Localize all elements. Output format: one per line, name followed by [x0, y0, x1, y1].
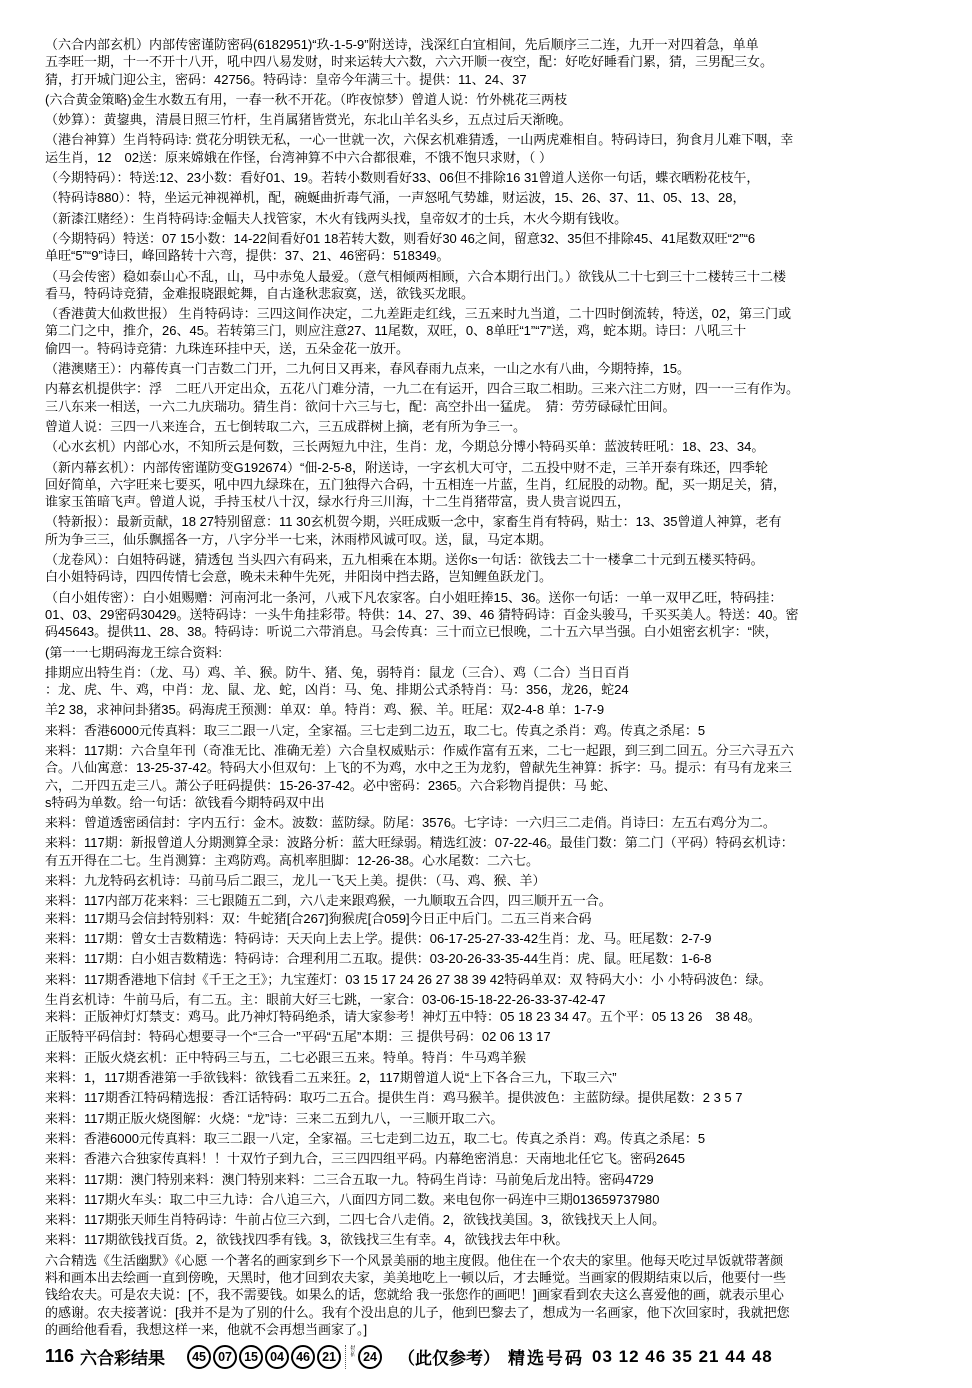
text-line: （新漆江赌经）：生肖特码诗:金幅夫人找管家，木火有钱两头找，皇帝奴才的士兵，木火… [45, 210, 934, 227]
result-row: 116 六合彩结果 450715044621 特码 24 （此仅参考） 精选号码… [45, 1344, 934, 1369]
text-line: 来料：香港6000元传真料：取三二跟一八定，全家福。三七走到二边五，取二七。传真… [45, 1130, 934, 1147]
text-line: 曾道人说：三四一八来连合，五七倒转取二六，三五成群树上摘，老有所为争三一。 [45, 418, 934, 435]
text-line: （妙算）：黄鋆典，清晨日照三竹杆，生肖属猪皆赏光，东北山羊名头乡，五点过后天渐晚… [45, 111, 934, 128]
text-line: 钱给农夫。可是农夫说：[不，我不需要钱。如果么的话，您就给 我一张您作的画吧！]… [45, 1286, 934, 1303]
text-line: 合。八仙寓意：13-25-37-42。特码大小但双句：上飞的不为鸡，水中之王为龙… [45, 759, 934, 776]
text-line: 料和画本出去绘画一直到傍晚，天黑时，他才回到农夫家，美美地吃上一顿以后，才去睡觉… [45, 1269, 934, 1286]
text-line: （龙卷风）：白姐特码谜，猜透包 当头四六有码来，五九相乘在本期。送你s一句话：欲… [45, 551, 934, 568]
text-line: 白小姐特码诗，四四传情七会意，晚未未种牛先死，井阳岗中挡去路，岂知鲤鱼跃龙门。 [45, 568, 934, 585]
text-line: 的画给他看看，我想这样一来，他就不会再想当画家了。] [45, 1321, 934, 1338]
result-ball: 15 [239, 1345, 263, 1369]
text-line: 码45643。提供11、28、38。特码诗：听说二六带消息。马会传真：三十而立已… [45, 623, 934, 640]
text-line: 01、03、29密码30429。送特码诗：一头牛角挂彩带。特供：14、27、39… [45, 606, 934, 623]
text-line: 来料：1，117期香港第一手欲钱料：欲钱看二五来狂。2，117期曾道人说“上下各… [45, 1069, 934, 1086]
text-line: 来料：117期正版火烧图解：火烧：“龙”诗：三来二五到九八，一三顺开取二六。 [45, 1110, 934, 1127]
text-line: 回好简单，六字旺来七要买，吼中四九绿珠在，五门独得六合码，十五相连一片蓝，生肖，… [45, 476, 934, 493]
special-number-ball: 24 [358, 1345, 382, 1369]
text-line: 来料：117期：白小姐吉数精选：特码诗：合理利用二五取。提供：03-20-26-… [45, 950, 934, 967]
text-line: 来料：香港六合独家传真料！！十双竹子到九合，三三四四组平码。内幕绝密消息：天南地… [45, 1150, 934, 1167]
text-line: （马会传密）稳如泰山心不乱，山，马中赤兔人最爱。（意气相倾两相顾，六合本期行出门… [45, 268, 934, 285]
document-lines: （六合内部玄机）内部传密谨防密码(6182951)“玖-1-5-9”附送诗，浅深… [45, 36, 934, 1338]
page: （六合内部玄机）内部传密谨防密码(6182951)“玖-1-5-9”附送诗，浅深… [0, 0, 972, 1369]
text-line: 来料：正版火烧玄机：正中特码三与五，二七必跟三五来。特单。特肖：牛马鸡羊猴 [45, 1049, 934, 1066]
result-ball: 46 [291, 1345, 315, 1369]
text-line: 来料：117期张天师生肖特码诗：牛前占位三六到，二四七合八走俏。2，欲钱找美国。… [45, 1211, 934, 1228]
text-line: （港澳赌王）：内幕传真一门吉数二门开，二九何日又再来，春风春雨九点来，一山之水有… [45, 360, 934, 377]
text-line: 来料：117期香港地下信封《千王之王》；九宝莲灯：03 15 17 24 26 … [45, 971, 934, 988]
text-line: 来料：117内部万花来料：三七跟随五二到，六八走来跟鸡猴，一九顺取五合四，四三顺… [45, 892, 934, 909]
text-line: 的感谢。农夫接著说：[我并不是为了别的什么。我有个没出息的儿子，他到巴黎去了，想… [45, 1304, 934, 1321]
text-line: 来料：正版神灯灯禁支：鸡马。此乃神灯特码绝杀，请大家参考！神灯五中特：05 18… [45, 1008, 934, 1025]
result-ball: 45 [187, 1345, 211, 1369]
text-line: （港台神算）生肖特码诗: 赏花分明铁无私，一心一世就一次，六保玄机难猜透，一山两… [45, 131, 934, 148]
text-line: (第一一七期码海龙王综合资料: [45, 644, 934, 661]
text-line: （特码诗880）：特，坐运元神视禅机，配，碗蜒曲折毒气涌，一声怒吼气势雄，财运波… [45, 189, 934, 206]
result-ball: 04 [265, 1345, 289, 1369]
text-line: （心水玄机）内部心水，不知所云是何数，三长两短九中注，生肖：龙，今期总分博小特码… [45, 438, 934, 455]
text-line: （香港黄大仙救世报） 生肖特码诗：三四这间作决定，二九差距走红线，三五来时九当道… [45, 305, 934, 322]
result-period: 116 [45, 1346, 74, 1367]
text-line: 猜，打开城门迎公主，密码：42756。特码诗：皇帝今年满三十。提供：11、24、… [45, 71, 934, 88]
text-line: 所为争三三，仙乐飘摇各一方，八字分半一七来，沐雨栉风诚可叹。送，鼠，马定本期。 [45, 531, 934, 548]
text-line: (六合黄金策略)金生水数五有用，一春一秋不开花。（昨夜惊梦）曾道人说：竹外桃花三… [45, 91, 934, 108]
text-line: 来料：117期：新报曾道人分期测算全录：波路分析：蓝大旺绿弱。精选红波：07-2… [45, 834, 934, 851]
result-ball: 07 [213, 1345, 237, 1369]
text-line: （特新报）：最新贡献，18 27特别留意：11 30玄机贺今期，兴旺成贩一念中，… [45, 513, 934, 530]
text-line: （今期特码）特送：07 15小数：14-22间看好01 18若转大数，则看好30… [45, 230, 934, 247]
text-line: 内幕玄机提供字：浮 二旺八开定出众，五花八门难分清，一九二在有运开，四合三取二相… [45, 380, 934, 397]
text-line: （六合内部玄机）内部传密谨防密码(6182951)“玖-1-5-9”附送诗，浅深… [45, 36, 934, 53]
text-line: 第二门之中，推介，26、45。若转第三门，则应注意27、11尾数，双旺，0、8单… [45, 322, 934, 339]
text-line: 六，二开四五走三八。萧公子旺码提供：15-26-37-42。必中密码：2365。… [45, 777, 934, 794]
text-line: （白小姐传密）：白小姐赐赠：河南河北一条河，八戒下凡农家客。白小姐旺捧15、36… [45, 589, 934, 606]
text-line: 来料：117期香江特码精选报：香江话特码：取巧二五合。提供生肖：鸡马猴羊。提供波… [45, 1089, 934, 1106]
text-line: 单旺“5”“9”诗曰，峰回路转十六弯，提供：37、21、46密码：518349。 [45, 247, 934, 264]
text-line: 三八东来一相送，一六二九庆瑞功。猜生肖：欲问十六三与七，配：高空扑出一猛虎。 猜… [45, 398, 934, 415]
text-line: 来料：117期欲钱找百货。2，欲钱找四季有钱。3，欲钱找三生有幸。4，欲钱找去年… [45, 1231, 934, 1248]
text-line: s特码为单数。给一句话：欲钱看今期特码双中出 [45, 794, 934, 811]
text-line: 来料：117期：曾女士吉数精选：特码诗：天天向上去上学。提供：06-17-25-… [45, 930, 934, 947]
text-line: 谁家玉笛暗飞声。曾道人说，手持玉杖八十汉，绿水行舟三川海，十二生肖猪带富，贵人贵… [45, 493, 934, 510]
text-line: 运生肖，12 02送：原来嫦娥在作怪，台湾神算不中六合都很难，不饿不饱只求财，（… [45, 149, 934, 166]
text-line: 来料：曾道透密函信封：字内五行：金木。波数：蓝防绿。防尾：3576。七字诗：一六… [45, 814, 934, 831]
text-line: 五李旺一期，十一不开十八开，吼中四八易发财，时来运转大六数，六六开顺一夜空，配：… [45, 53, 934, 70]
text-line: ：龙、虎、牛、鸡，中肖：龙、鼠、龙、蛇，凶肖：马、兔、排期公式杀特肖：马：356… [45, 681, 934, 698]
text-line: 正版特平码信封：特码心想要寻一个“三合一”平码“五尾”本期：三 提供号码：02 … [45, 1028, 934, 1045]
text-line: 来料：117期火车头：取二中三九诗：合八追三六，八面四方同二数。来电包你一码连中… [45, 1191, 934, 1208]
text-line: 六合精选《生活幽默》《心愿 一个著名的画家到乡下一个风景美丽的地主度假。他住在一… [45, 1252, 934, 1269]
text-line: 生肖玄机诗：牛前马后，有二五。主：眼前大好三七跳，一家合：03-06-15-18… [45, 991, 934, 1008]
text-line: （今期特码）：特送:12、23小数：看好01、19。若转小数则看好33、06但不… [45, 169, 934, 186]
result-ball: 21 [317, 1345, 341, 1369]
text-line: 来料：117期马会信封特别料：双：牛蛇猪[合267]狗猴虎[合059]今日正中后… [45, 910, 934, 927]
text-line: （新内幕玄机）：内部传密谨防变G192674）“佃-2-5-8，附送诗，一字玄机… [45, 459, 934, 476]
result-label: 六合彩结果 [80, 1344, 165, 1369]
text-line: 来料：117期：澳门特别来料：澳门特别来料：二三合五取一九。特码生肖诗：马前兔后… [45, 1171, 934, 1188]
result-note: （此仅参考） [398, 1344, 500, 1369]
selected-label: 精选号码 [508, 1344, 584, 1369]
text-line: 看马，特码诗竞猜，金难报晓跟蛇舞，自古逢秋悲寂寞，送，欲钱买龙眼。 [45, 285, 934, 302]
text-line: 羊2 38，求神问卦猪35。码海虎王预测：单双：单。特肖：鸡、猴、羊。旺尾：双2… [45, 701, 934, 718]
text-line: 有五开得在二七。生肖测算：主鸡防鸡。高机率胆脚：12-26-38。心水尾数：二六… [45, 852, 934, 869]
text-line: 来料：117期：六合皇年刊（奇准无比、准确无差）六合皇权威贴示：作威作富有五来，… [45, 742, 934, 759]
selected-numbers: 03 12 46 35 21 44 48 [592, 1347, 773, 1367]
special-separator: 特码 [345, 1345, 355, 1369]
result-numbers: 450715044621 [187, 1345, 343, 1369]
text-line: 排期应出特生肖：（龙、马）鸡、羊、猴。防牛、猪、兔，弱特肖：鼠龙（三合）、鸡（二… [45, 664, 934, 681]
text-line: 偷四一。特码诗竞猜：九珠连环挂中天，送，五朵金花一放开。 [45, 340, 934, 357]
text-line: 来料：香港6000元传真料：取三二跟一八定，全家福。三七走到二边五，取二七。传真… [45, 722, 934, 739]
text-line: 来料：九龙特码玄机诗：马前马后二跟三，龙儿一飞天上美。提供：（马、鸡、猴、羊） [45, 872, 934, 889]
